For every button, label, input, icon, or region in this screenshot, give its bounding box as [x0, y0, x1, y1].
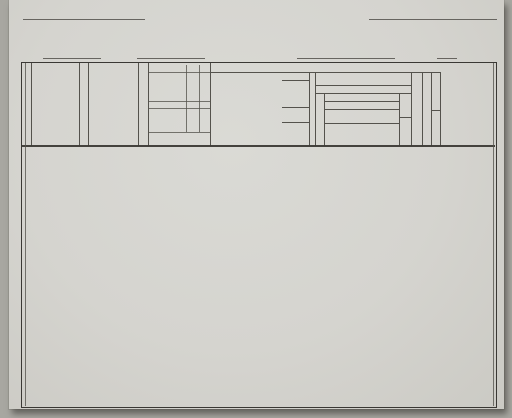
col-women	[432, 73, 441, 146]
table-header	[22, 63, 495, 146]
col-birth-year	[139, 63, 149, 146]
vorgemerkt-label	[325, 94, 400, 102]
students-box	[282, 73, 310, 146]
reserved-header	[316, 73, 412, 86]
census-table	[21, 62, 497, 408]
col-owner-name	[32, 63, 80, 146]
fill-line	[23, 19, 145, 20]
landwehr-box	[400, 94, 412, 118]
col-geburtsjahr	[316, 94, 325, 146]
status-rows	[149, 108, 211, 132]
col-apartment-number	[80, 63, 89, 146]
col-befreit	[423, 73, 432, 146]
fill-line	[369, 19, 497, 20]
table-body	[22, 146, 495, 406]
students-line1	[282, 83, 310, 90]
reserved-subheader	[316, 86, 412, 94]
religion-block	[149, 63, 211, 146]
scanned-census-form	[0, 0, 512, 418]
army-age-cells	[325, 110, 400, 124]
reserved-footer	[325, 124, 400, 146]
col-inhabitant-name	[89, 63, 139, 146]
reserved-block	[316, 73, 412, 146]
army-subblock	[325, 94, 400, 146]
classificirung-label	[149, 132, 211, 146]
col-untauglich	[412, 73, 423, 146]
col-remark	[441, 63, 493, 146]
students-line2	[282, 91, 310, 98]
religion-rows	[149, 73, 211, 101]
armee-label	[325, 102, 400, 110]
women-stacked-label	[432, 73, 441, 111]
classification-band	[211, 63, 441, 73]
students-unit	[282, 128, 310, 140]
students-title	[282, 73, 310, 81]
status-header	[149, 101, 186, 108]
paper-sheet	[9, 0, 504, 409]
col-house-number	[22, 63, 32, 146]
student-age-cells	[282, 107, 310, 123]
